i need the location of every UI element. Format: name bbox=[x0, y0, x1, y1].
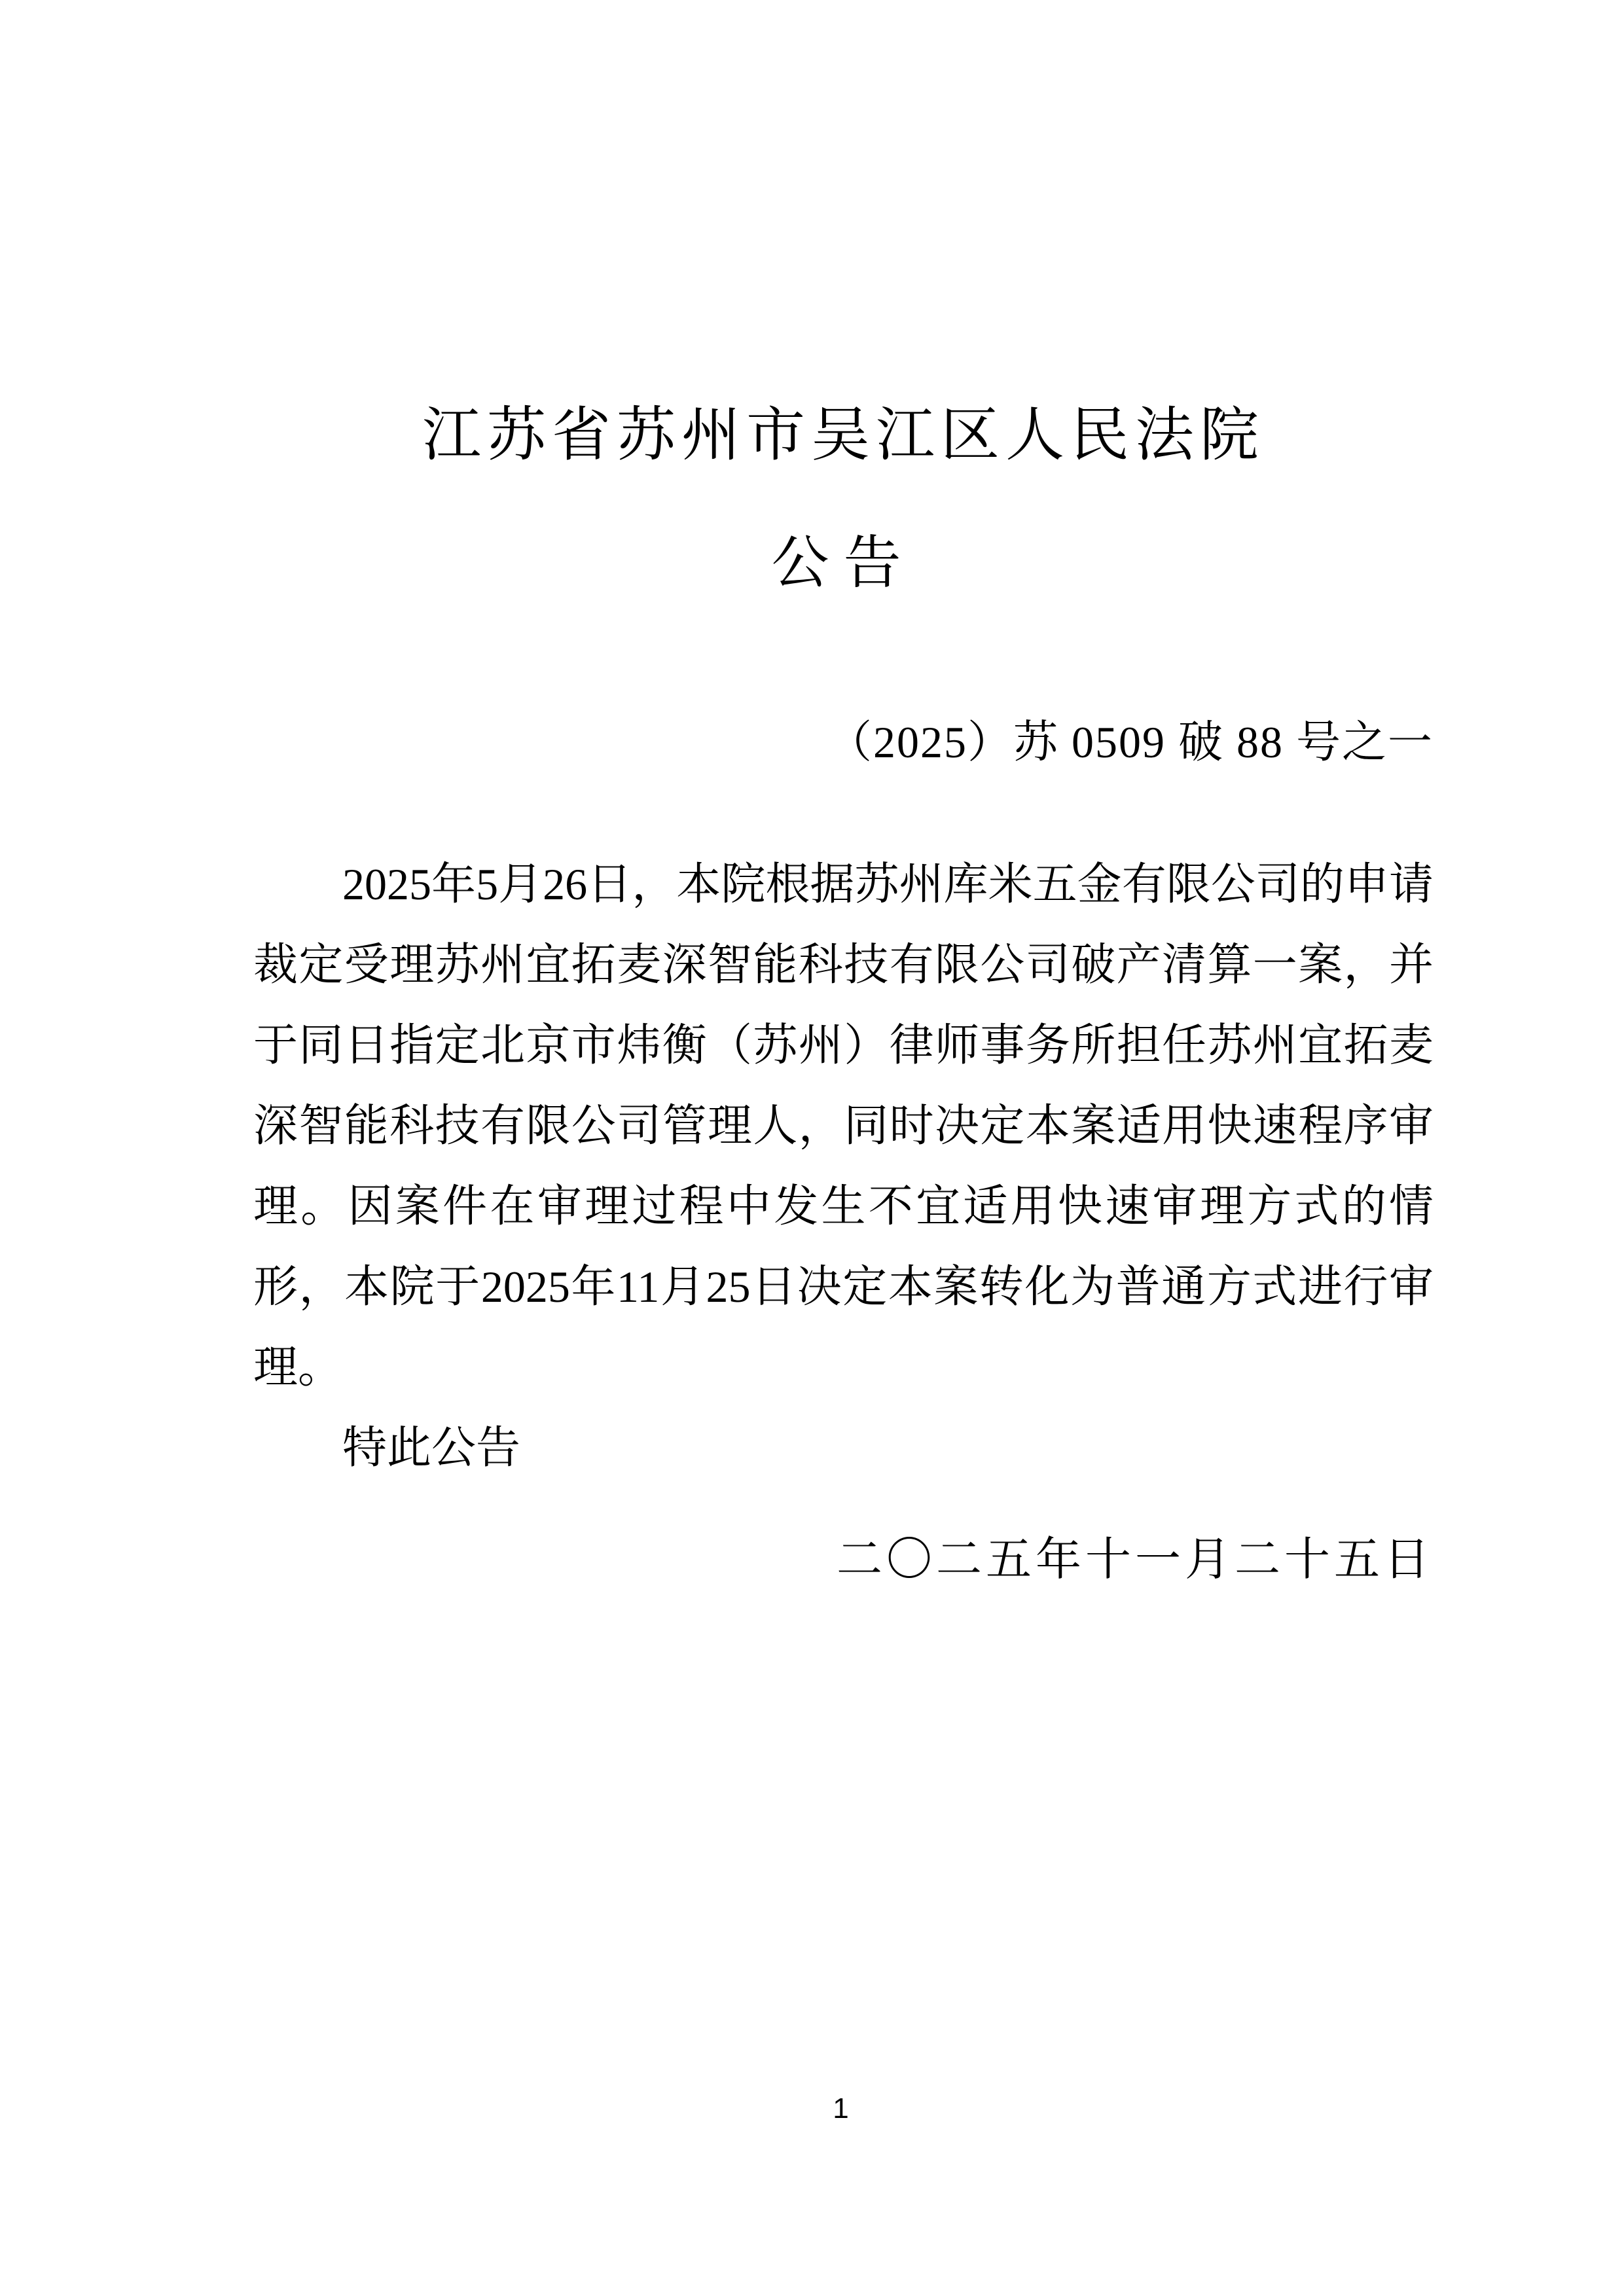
page-number: 1 bbox=[0, 2092, 1624, 2126]
court-title: 江苏省苏州市吴江区人民法院 bbox=[253, 404, 1434, 467]
body-block: 2025年5月26日，本院根据苏州库米五金有限公司的申请裁定受理苏州宜拓麦深智能… bbox=[253, 844, 1434, 1488]
document-page: 江苏省苏州市吴江区人民法院 公告 （2025）苏 0509 破 88 号之一 2… bbox=[0, 0, 1624, 2296]
document-content: 江苏省苏州市吴江区人民法院 公告 （2025）苏 0509 破 88 号之一 2… bbox=[0, 0, 1624, 2296]
announcement-heading: 公告 bbox=[253, 533, 1434, 596]
document-date: 二〇二五年十一月二十五日 bbox=[253, 1530, 1434, 1590]
closing-line: 特此公告 bbox=[253, 1408, 1434, 1488]
body-paragraph: 2025年5月26日，本院根据苏州库米五金有限公司的申请裁定受理苏州宜拓麦深智能… bbox=[253, 844, 1434, 1408]
case-number: （2025）苏 0509 破 88 号之一 bbox=[253, 712, 1434, 772]
